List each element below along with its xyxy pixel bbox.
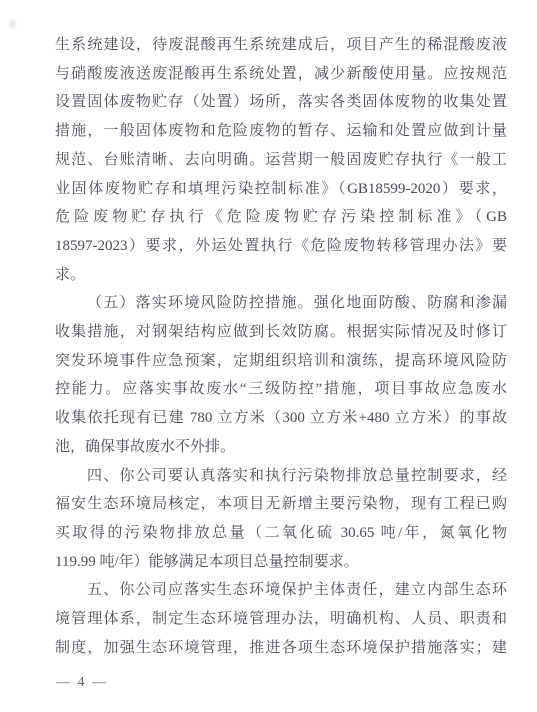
text-line: 规范、台账清晰、去向明确。运营期一般固废贮存执行《一般工 [55,146,507,175]
text-line: 求。 [55,261,507,290]
text-line: 119.99 吨/年）能够满足本项目总量控制要求。 [55,548,507,577]
text-line: 收集依托现有已建 780 立方米（300 立方米+480 立方米）的事故 [55,404,507,433]
text-line: 福安生态环境局核定，本项目无新增主要污染物，现有工程已购 [55,490,507,519]
scanned-document-page: 生系统建设，待废混酸再生系统建成后，项目产生的稀混酸废液与硝酸废液送废混酸再生系… [0,0,537,712]
text-line: 境管理体系，制定生态环境管理办法，明确机构、人员、职责和 [55,605,507,634]
text-line: 生系统建设，待废混酸再生系统建成后，项目产生的稀混酸废液 [55,31,507,60]
text-line: 池，确保事故废水不外排。 [55,433,507,462]
text-line: 突发环境事件应急预案，定期组织培训和演练，提高环境风险防 [55,347,507,376]
page-number: — 4 — [56,673,108,693]
text-line: 收集措施，对钢架结构应做到长效防腐。根据实际情况及时修订 [55,318,507,347]
text-line: 买取得的污染物排放总量（二氧化硫 30.65 吨/年，氮氧化物 [55,519,507,548]
text-line: 危险废物贮存执行《危险废物贮存污染控制标准》（GB [55,203,507,232]
text-line: 五、你公司应落实生态环境保护主体责任，建立内部生态环 [55,576,507,605]
text-line: 制度，加强生态环境管理，推进各项生态环境保护措施落实；建 [55,634,507,663]
text-line: 设置固体废物贮存（处置）场所，落实各类固体废物的收集处置 [55,88,507,117]
text-line: 与硝酸废液送废混酸再生系统处置，减少新酸使用量。应按规范 [55,60,507,89]
text-line: 业固体废物贮存和填埋污染控制标准》（GB18599-2020）要求， [55,175,507,204]
text-line: 措施，一般固体废物和危险废物的暂存、运输和处置应做到计量 [55,117,507,146]
text-block: 生系统建设，待废混酸再生系统建成后，项目产生的稀混酸废液与硝酸废液送废混酸再生系… [55,31,507,662]
text-line: 四、你公司要认真落实和执行污染物排放总量控制要求，经 [55,462,507,491]
text-line: （五）落实环境风险防控措施。强化地面防酸、防腐和渗漏 [55,289,507,318]
text-line: 18597-2023）要求，外运处置执行《危险废物转移管理办法》要 [55,232,507,261]
text-line: 控能力。应落实事故废水“三级防控”措施，项目事故应急废水 [55,375,507,404]
scan-artifact [9,19,16,29]
